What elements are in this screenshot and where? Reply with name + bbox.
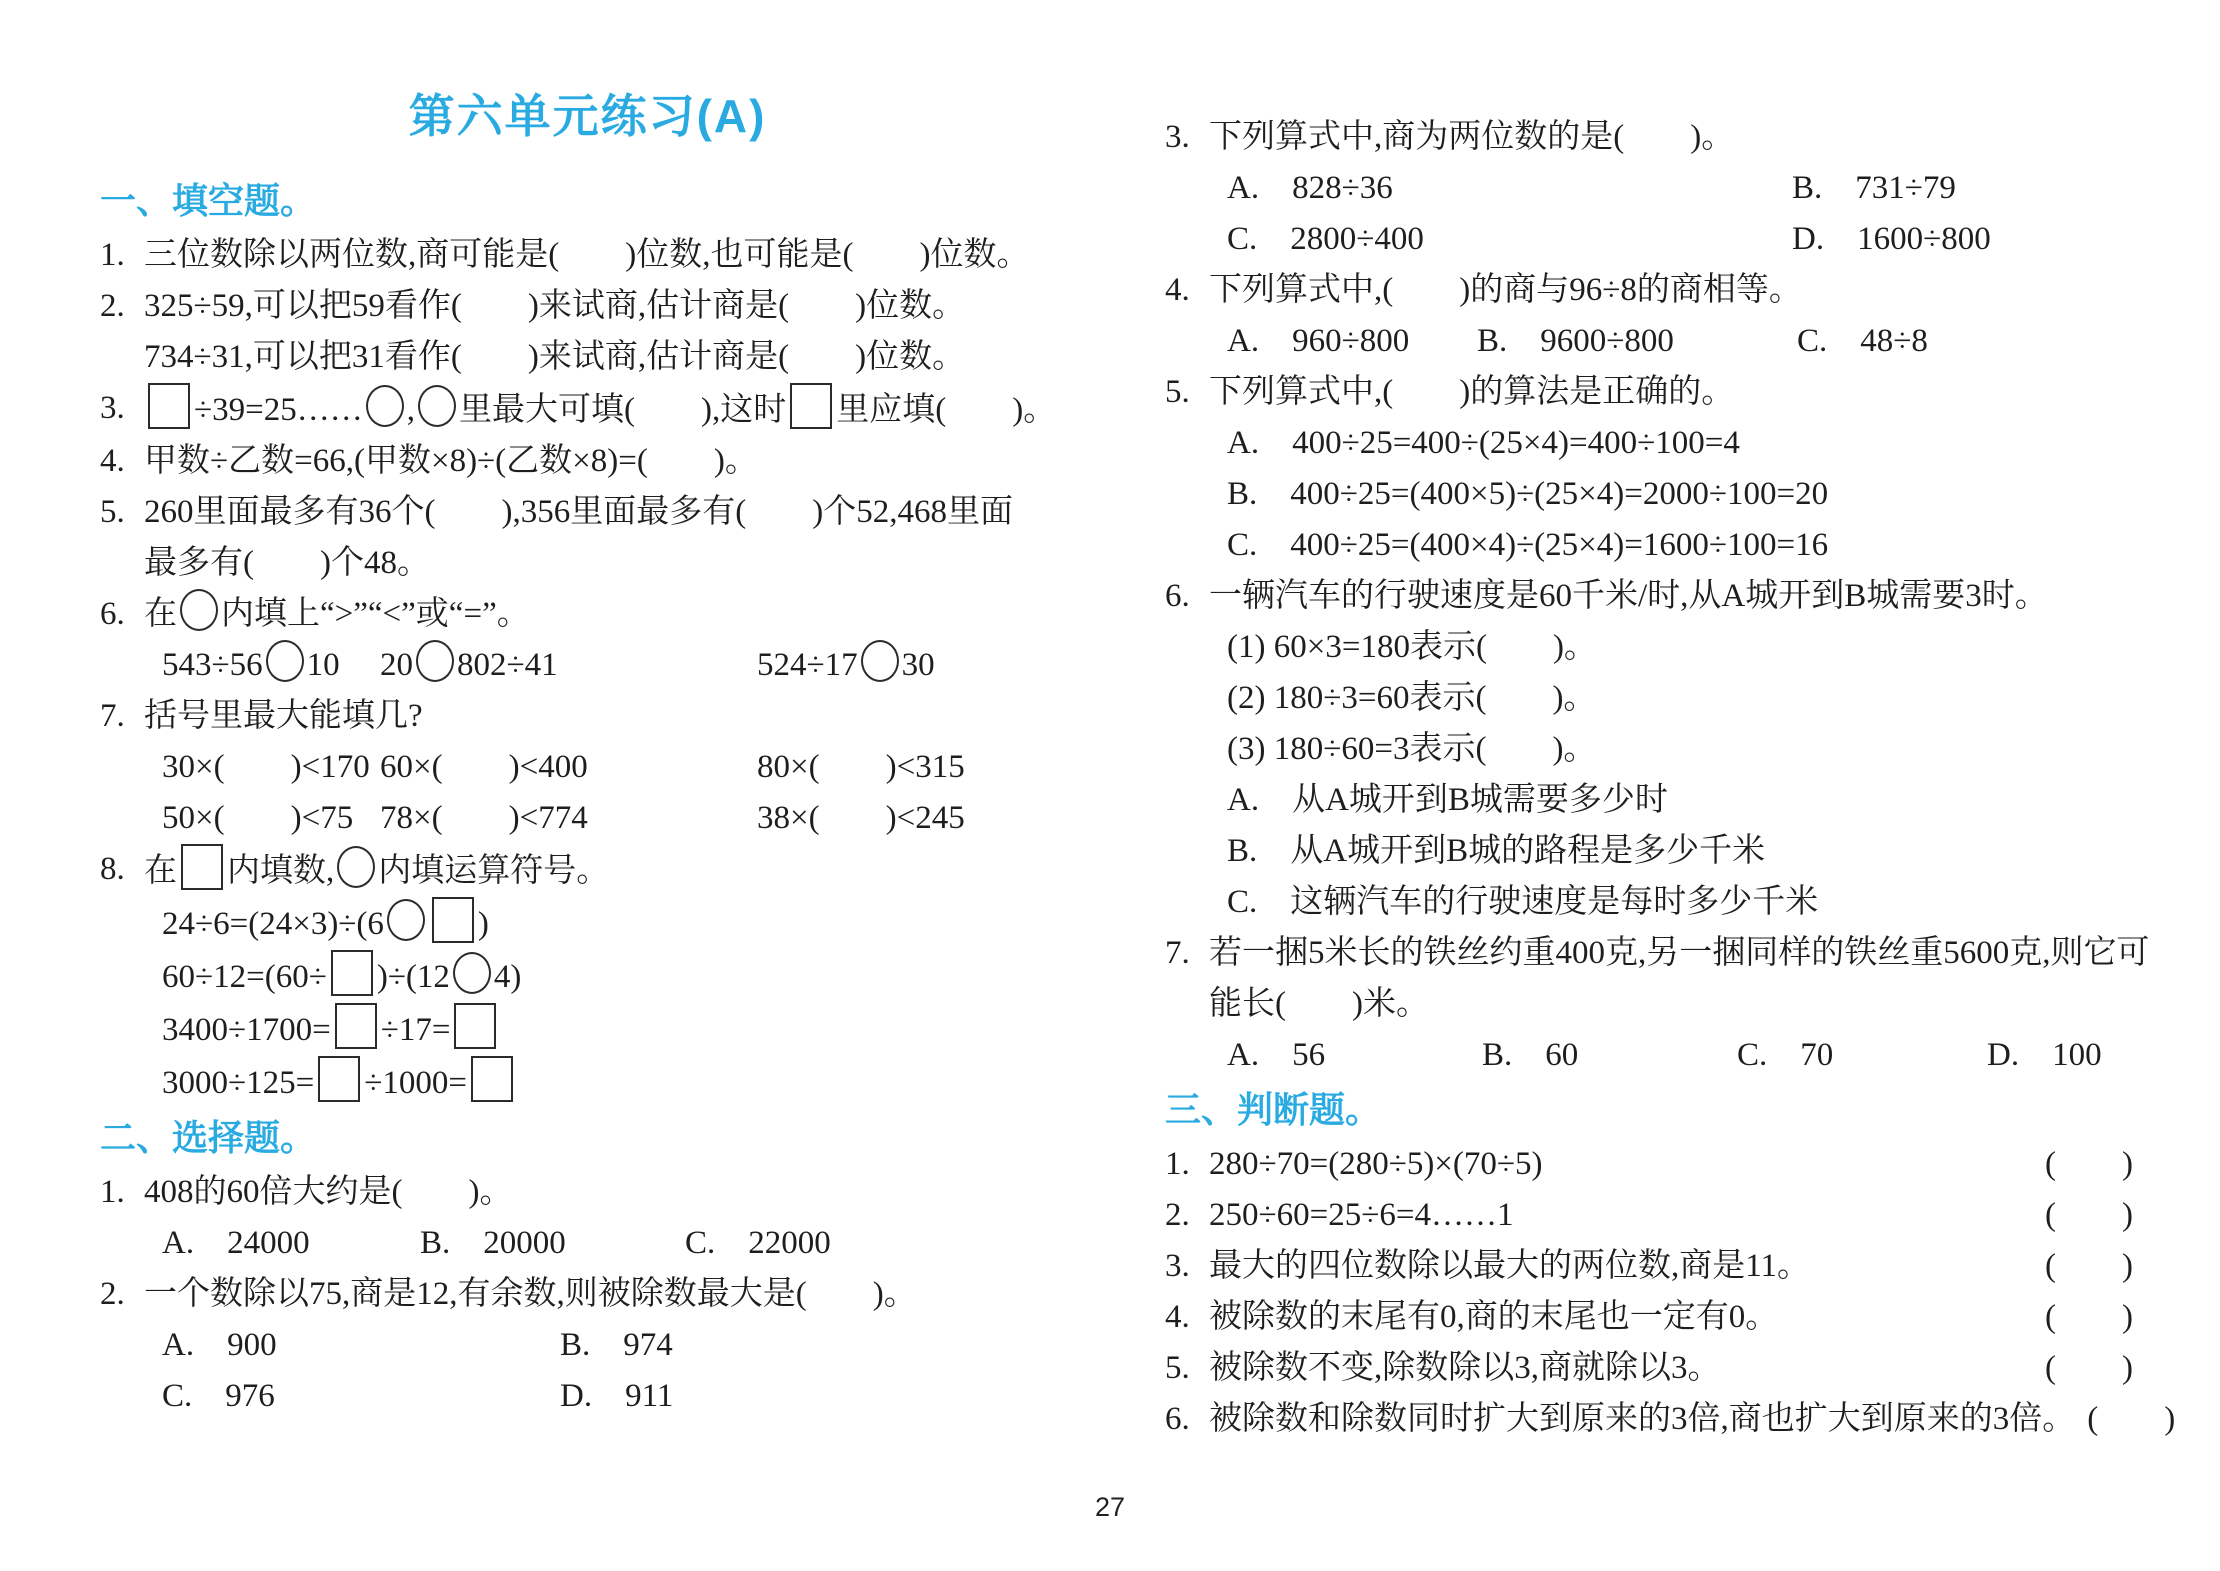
item-text: 734÷31,可以把31看作( )来试商,估计商是( )位数。 bbox=[144, 332, 1075, 383]
expression-row: 50×( )<75 78×( )<774 38×( )<245 bbox=[144, 793, 1075, 844]
item-text: 260里面最多有36个( ),356里面最多有( )个52,468里面 bbox=[144, 487, 1075, 538]
fill-item-7: 7. 括号里最大能填几? 30×( )<170 60×( )<400 80×( … bbox=[100, 691, 1075, 844]
option-a: A. 828÷36 bbox=[1227, 163, 1792, 214]
fill-circle bbox=[337, 846, 375, 888]
item-text: 最大的四位数除以最大的两位数,商是11。 bbox=[1209, 1241, 2033, 1292]
item-text: ÷39=25……,里最大可填( ),这时里应填( )。 bbox=[144, 383, 1075, 436]
fill-square bbox=[790, 383, 832, 429]
expression: 524÷1730 bbox=[757, 640, 1075, 691]
option-c: C. 400÷25=(400×4)÷(25×4)=1600÷100=16 bbox=[1209, 520, 2133, 571]
option-a: A. 24000 bbox=[162, 1218, 420, 1269]
fill-item-1: 1. 三位数除以两位数,商可能是( )位数,也可能是( )位数。 bbox=[100, 230, 1075, 281]
item-number: 6. bbox=[1165, 571, 1209, 622]
option-b: B. 974 bbox=[560, 1320, 1075, 1371]
item-number: 5. bbox=[1165, 1343, 1209, 1394]
option-row: A. 900 B. 974 bbox=[144, 1320, 1075, 1371]
expression: 60÷12=(60÷)÷(124) bbox=[144, 950, 1075, 1003]
judgment-item-1: 1. 280÷70=(280÷5)×(70÷5) ( ) bbox=[1165, 1139, 2133, 1190]
item-number: 7. bbox=[1165, 928, 1209, 979]
fill-circle bbox=[453, 952, 491, 994]
item-text: 若一捆5米长的铁丝约重400克,另一捆同样的铁丝重5600克,则它可 bbox=[1209, 928, 2133, 979]
fill-circle bbox=[416, 640, 454, 682]
answer-bracket: ( ) bbox=[2033, 1190, 2133, 1241]
expression-row: 543÷5610 20802÷41 524÷1730 bbox=[144, 640, 1075, 691]
fill-item-8: 8. 在内填数,内填运算符号。 24÷6=(24×3)÷(6) 60÷12=(6… bbox=[100, 844, 1075, 1109]
answer-bracket: ( ) bbox=[2033, 1343, 2133, 1394]
expression: 80×( )<315 bbox=[757, 742, 1075, 793]
sub-question-1: (1) 60×3=180表示( )。 bbox=[1209, 622, 2133, 673]
fill-item-6: 6. 在内填上“>”“<”或“=”。 543÷5610 20802÷41 524… bbox=[100, 589, 1075, 691]
option-a: A. 400÷25=400÷(25×4)=400÷100=4 bbox=[1209, 418, 2133, 469]
item-number: 1. bbox=[1165, 1139, 1209, 1190]
option-b: B. 20000 bbox=[420, 1218, 685, 1269]
fill-square bbox=[471, 1056, 513, 1102]
item-text: 下列算式中,商为两位数的是( )。 bbox=[1209, 112, 2133, 163]
judgment-item-5: 5. 被除数不变,除数除以3,商就除以3。 ( ) bbox=[1165, 1343, 2133, 1394]
expression: 50×( )<75 bbox=[162, 793, 380, 844]
judgment-item-4: 4. 被除数的末尾有0,商的末尾也一定有0。 ( ) bbox=[1165, 1292, 2133, 1343]
option-b: B. 60 bbox=[1482, 1030, 1737, 1081]
fill-circle bbox=[861, 640, 899, 682]
answer-bracket: ( ) bbox=[2075, 1394, 2175, 1445]
answer-bracket: ( ) bbox=[2033, 1139, 2133, 1190]
item-text: 408的60倍大约是( )。 bbox=[144, 1167, 1075, 1218]
option-d: D. 100 bbox=[1987, 1030, 2133, 1081]
fill-item-3: 3. ÷39=25……,里最大可填( ),这时里应填( )。 bbox=[100, 383, 1075, 436]
item-number: 2. bbox=[100, 1269, 144, 1320]
judgment-item-3: 3. 最大的四位数除以最大的两位数,商是11。 ( ) bbox=[1165, 1241, 2133, 1292]
option-d: D. 1600÷800 bbox=[1792, 214, 2133, 265]
item-text: 被除数不变,除数除以3,商就除以3。 bbox=[1209, 1343, 2033, 1394]
item-number: 7. bbox=[100, 691, 144, 742]
fill-item-2: 2. 325÷59,可以把59看作( )来试商,估计商是( )位数。 734÷3… bbox=[100, 281, 1075, 383]
option-c: C. 976 bbox=[162, 1371, 560, 1422]
item-number: 3. bbox=[100, 383, 144, 434]
fill-square bbox=[454, 1003, 496, 1049]
item-text: 下列算式中,( )的算法是正确的。 bbox=[1209, 367, 2133, 418]
option-c: C. 2800÷400 bbox=[1227, 214, 1792, 265]
item-number: 5. bbox=[100, 487, 144, 538]
sub-question-2: (2) 180÷3=60表示( )。 bbox=[1209, 673, 2133, 724]
option-c: C. 22000 bbox=[685, 1218, 1075, 1269]
page-number: 27 bbox=[0, 1492, 2220, 1523]
item-text: 被除数的末尾有0,商的末尾也一定有0。 bbox=[1209, 1292, 2033, 1343]
fill-square bbox=[331, 950, 373, 996]
answer-bracket: ( ) bbox=[2033, 1241, 2133, 1292]
fill-circle bbox=[180, 589, 218, 631]
option-c: C. 48÷8 bbox=[1797, 316, 2133, 367]
worksheet-page: 第六单元练习(A) 一、填空题。 1. 三位数除以两位数,商可能是( )位数,也… bbox=[0, 0, 2220, 1571]
answer-bracket: ( ) bbox=[2033, 1292, 2133, 1343]
choice-item-4: 4. 下列算式中,( )的商与96÷8的商相等。 A. 960÷800 B. 9… bbox=[1165, 265, 2133, 367]
left-column: 第六单元练习(A) 一、填空题。 1. 三位数除以两位数,商可能是( )位数,也… bbox=[100, 84, 1075, 1422]
item-text: 能长( )米。 bbox=[1209, 979, 2133, 1030]
expression: 24÷6=(24×3)÷(6) bbox=[144, 897, 1075, 950]
expression: 20802÷41 bbox=[380, 640, 757, 691]
item-text: 最多有( )个48。 bbox=[144, 538, 1075, 589]
option-row: A. 24000 B. 20000 C. 22000 bbox=[144, 1218, 1075, 1269]
item-number: 6. bbox=[1165, 1394, 1209, 1445]
item-text: 在内填上“>”“<”或“=”。 bbox=[144, 589, 1075, 640]
option-a: A. 900 bbox=[162, 1320, 560, 1371]
expression: 78×( )<774 bbox=[380, 793, 757, 844]
option-a: A. 从A城开到B城需要多少时 bbox=[1209, 775, 2133, 826]
fill-circle bbox=[387, 899, 425, 941]
fill-square bbox=[181, 844, 223, 890]
expression: 3400÷1700=÷17= bbox=[144, 1003, 1075, 1056]
fill-square bbox=[318, 1056, 360, 1102]
item-number: 4. bbox=[1165, 1292, 1209, 1343]
sub-question-3: (3) 180÷60=3表示( )。 bbox=[1209, 724, 2133, 775]
item-number: 6. bbox=[100, 589, 144, 640]
item-text: 三位数除以两位数,商可能是( )位数,也可能是( )位数。 bbox=[144, 230, 1075, 281]
expression: 3000÷125=÷1000= bbox=[144, 1056, 1075, 1109]
expression: 30×( )<170 bbox=[162, 742, 380, 793]
item-text: 280÷70=(280÷5)×(70÷5) bbox=[1209, 1139, 2033, 1190]
item-text: 在内填数,内填运算符号。 bbox=[144, 844, 1075, 897]
item-text: 325÷59,可以把59看作( )来试商,估计商是( )位数。 bbox=[144, 281, 1075, 332]
expression-row: 30×( )<170 60×( )<400 80×( )<315 bbox=[144, 742, 1075, 793]
choice-item-2: 2. 一个数除以75,商是12,有余数,则被除数最大是( )。 A. 900 B… bbox=[100, 1269, 1075, 1422]
option-row: A. 56 B. 60 C. 70 D. 100 bbox=[1209, 1030, 2133, 1081]
option-d: D. 911 bbox=[560, 1371, 1075, 1422]
option-c: C. 这辆汽车的行驶速度是每时多少千米 bbox=[1209, 877, 2133, 928]
item-text: 被除数和除数同时扩大到原来的3倍,商也扩大到原来的3倍。 bbox=[1209, 1394, 2075, 1445]
fill-item-5: 5. 260里面最多有36个( ),356里面最多有( )个52,468里面 最… bbox=[100, 487, 1075, 589]
option-b: B. 731÷79 bbox=[1792, 163, 2133, 214]
judgment-item-6: 6. 被除数和除数同时扩大到原来的3倍,商也扩大到原来的3倍。 ( ) bbox=[1165, 1394, 2133, 1445]
item-text: 一个数除以75,商是12,有余数,则被除数最大是( )。 bbox=[144, 1269, 1075, 1320]
option-a: A. 56 bbox=[1227, 1030, 1482, 1081]
item-number: 2. bbox=[100, 281, 144, 332]
option-b: B. 从A城开到B城的路程是多少千米 bbox=[1209, 826, 2133, 877]
fill-circle bbox=[266, 640, 304, 682]
option-row: C. 2800÷400 D. 1600÷800 bbox=[1209, 214, 2133, 265]
item-number: 5. bbox=[1165, 367, 1209, 418]
item-number: 3. bbox=[1165, 112, 1209, 163]
section-2-heading: 二、选择题。 bbox=[100, 1111, 1075, 1165]
option-b: B. 400÷25=(400×5)÷(25×4)=2000÷100=20 bbox=[1209, 469, 2133, 520]
choice-item-5: 5. 下列算式中,( )的算法是正确的。 A. 400÷25=400÷(25×4… bbox=[1165, 367, 2133, 571]
expression: 60×( )<400 bbox=[380, 742, 757, 793]
option-row: A. 960÷800 B. 9600÷800 C. 48÷8 bbox=[1209, 316, 2133, 367]
item-text: 250÷60=25÷6=4……1 bbox=[1209, 1190, 2033, 1241]
option-b: B. 9600÷800 bbox=[1477, 316, 1797, 367]
item-number: 2. bbox=[1165, 1190, 1209, 1241]
option-row: C. 976 D. 911 bbox=[144, 1371, 1075, 1422]
fill-square bbox=[148, 383, 190, 429]
option-a: A. 960÷800 bbox=[1227, 316, 1477, 367]
fill-square bbox=[432, 897, 474, 943]
section-3-heading: 三、判断题。 bbox=[1165, 1083, 2133, 1137]
item-number: 4. bbox=[100, 436, 144, 487]
choice-item-3: 3. 下列算式中,商为两位数的是( )。 A. 828÷36 B. 731÷79… bbox=[1165, 112, 2133, 265]
choice-item-6: 6. 一辆汽车的行驶速度是60千米/时,从A城开到B城需要3时。 (1) 60×… bbox=[1165, 571, 2133, 928]
fill-item-4: 4. 甲数÷乙数=66,(甲数×8)÷(乙数×8)=( )。 bbox=[100, 436, 1075, 487]
choice-item-1: 1. 408的60倍大约是( )。 A. 24000 B. 20000 C. 2… bbox=[100, 1167, 1075, 1269]
expression: 38×( )<245 bbox=[757, 793, 1075, 844]
item-number: 8. bbox=[100, 844, 144, 895]
item-text: 甲数÷乙数=66,(甲数×8)÷(乙数×8)=( )。 bbox=[144, 436, 1075, 487]
option-row: A. 828÷36 B. 731÷79 bbox=[1209, 163, 2133, 214]
item-number: 1. bbox=[100, 1167, 144, 1218]
page-title: 第六单元练习(A) bbox=[100, 84, 1075, 148]
section-1-heading: 一、填空题。 bbox=[100, 174, 1075, 228]
expression: 543÷5610 bbox=[162, 640, 380, 691]
fill-circle bbox=[418, 385, 456, 427]
item-text: 下列算式中,( )的商与96÷8的商相等。 bbox=[1209, 265, 2133, 316]
fill-circle bbox=[366, 385, 404, 427]
item-number: 4. bbox=[1165, 265, 1209, 316]
right-column: 3. 下列算式中,商为两位数的是( )。 A. 828÷36 B. 731÷79… bbox=[1165, 112, 2133, 1445]
option-c: C. 70 bbox=[1737, 1030, 1987, 1081]
judgment-item-2: 2. 250÷60=25÷6=4……1 ( ) bbox=[1165, 1190, 2133, 1241]
fill-square bbox=[335, 1003, 377, 1049]
item-text: 括号里最大能填几? bbox=[144, 691, 1075, 742]
item-number: 3. bbox=[1165, 1241, 1209, 1292]
choice-item-7: 7. 若一捆5米长的铁丝约重400克,另一捆同样的铁丝重5600克,则它可 能长… bbox=[1165, 928, 2133, 1081]
item-number: 1. bbox=[100, 230, 144, 281]
item-text: 一辆汽车的行驶速度是60千米/时,从A城开到B城需要3时。 bbox=[1209, 571, 2133, 622]
